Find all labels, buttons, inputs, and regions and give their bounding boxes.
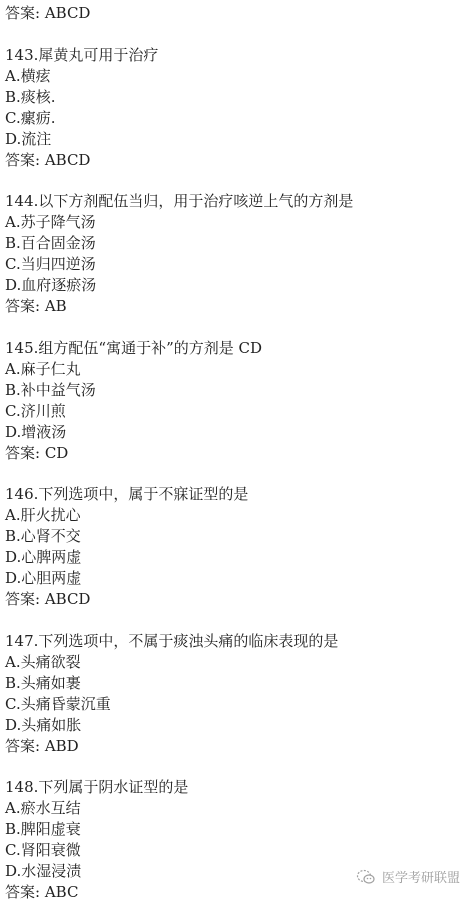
option-c: C.肾阳衰微 bbox=[5, 840, 470, 861]
question-title: 144.以下方剂配伍当归，用于治疗咳逆上气的方剂是 bbox=[5, 191, 470, 212]
document-body: 答案: ABCD 143.犀黄丸可用于治疗 A.横痃 B.痰核. C.瘰疬. D… bbox=[5, 3, 470, 900]
option-c: C.当归四逆汤 bbox=[5, 254, 470, 275]
option-c: C.济川煎 bbox=[5, 401, 470, 422]
answer-line: 答案: ABCD bbox=[5, 3, 470, 24]
question-title: 148.下列属于阴水证型的是 bbox=[5, 777, 470, 798]
question-143: 143.犀黄丸可用于治疗 A.横痃 B.痰核. C.瘰疬. D.流注 答案: A… bbox=[5, 45, 470, 171]
option-d: D.血府逐瘀汤 bbox=[5, 275, 470, 296]
answer-line: 答案: ABCD bbox=[5, 150, 470, 171]
option-a: A.苏子降气汤 bbox=[5, 212, 470, 233]
question-title: 146.下列选项中，属于不寐证型的是 bbox=[5, 484, 470, 505]
watermark: 医学考研联盟 bbox=[356, 867, 460, 886]
watermark-text: 医学考研联盟 bbox=[382, 867, 460, 886]
option-a: A.横痃 bbox=[5, 66, 470, 87]
wechat-icon bbox=[356, 869, 376, 885]
option-a: A.肝火扰心 bbox=[5, 505, 470, 526]
question-146: 146.下列选项中，属于不寐证型的是 A.肝火扰心 B.心肾不交 D.心脾两虚 … bbox=[5, 484, 470, 610]
spacer bbox=[5, 317, 470, 338]
question-145: 145.组方配伍“寓通于补”的方剂是 CD A.麻子仁丸 B.补中益气汤 C.济… bbox=[5, 338, 470, 464]
question-title: 143.犀黄丸可用于治疗 bbox=[5, 45, 470, 66]
option-a: A.麻子仁丸 bbox=[5, 359, 470, 380]
option-a: A.头痛欲裂 bbox=[5, 652, 470, 673]
question-147: 147.下列选项中，不属于痰浊头痛的临床表现的是 A.头痛欲裂 B.头痛如裹 C… bbox=[5, 631, 470, 757]
answer-line: 答案: AB bbox=[5, 296, 470, 317]
option-d: D.头痛如胀 bbox=[5, 715, 470, 736]
option-b: B.脾阳虚衰 bbox=[5, 819, 470, 840]
question-144: 144.以下方剂配伍当归，用于治疗咳逆上气的方剂是 A.苏子降气汤 B.百合固金… bbox=[5, 191, 470, 317]
option-d: D.流注 bbox=[5, 129, 470, 150]
question-title: 145.组方配伍“寓通于补”的方剂是 CD bbox=[5, 338, 470, 359]
option-c: D.心脾两虚 bbox=[5, 547, 470, 568]
spacer bbox=[5, 464, 470, 485]
option-b: B.痰核. bbox=[5, 87, 470, 108]
option-d: D.增液汤 bbox=[5, 422, 470, 443]
spacer bbox=[5, 610, 470, 631]
option-d: D.心胆两虚 bbox=[5, 568, 470, 589]
option-b: B.补中益气汤 bbox=[5, 380, 470, 401]
option-b: B.心肾不交 bbox=[5, 526, 470, 547]
option-b: B.头痛如裹 bbox=[5, 673, 470, 694]
option-c: C.头痛昏蒙沉重 bbox=[5, 694, 470, 715]
option-a: A.瘀水互结 bbox=[5, 798, 470, 819]
answer-line: 答案: CD bbox=[5, 443, 470, 464]
spacer bbox=[5, 24, 470, 45]
option-b: B.百合固金汤 bbox=[5, 233, 470, 254]
spacer bbox=[5, 757, 470, 778]
spacer bbox=[5, 171, 470, 192]
question-title: 147.下列选项中，不属于痰浊头痛的临床表现的是 bbox=[5, 631, 470, 652]
answer-line: 答案: ABCD bbox=[5, 589, 470, 610]
answer-line: 答案: ABD bbox=[5, 736, 470, 757]
option-c: C.瘰疬. bbox=[5, 108, 470, 129]
